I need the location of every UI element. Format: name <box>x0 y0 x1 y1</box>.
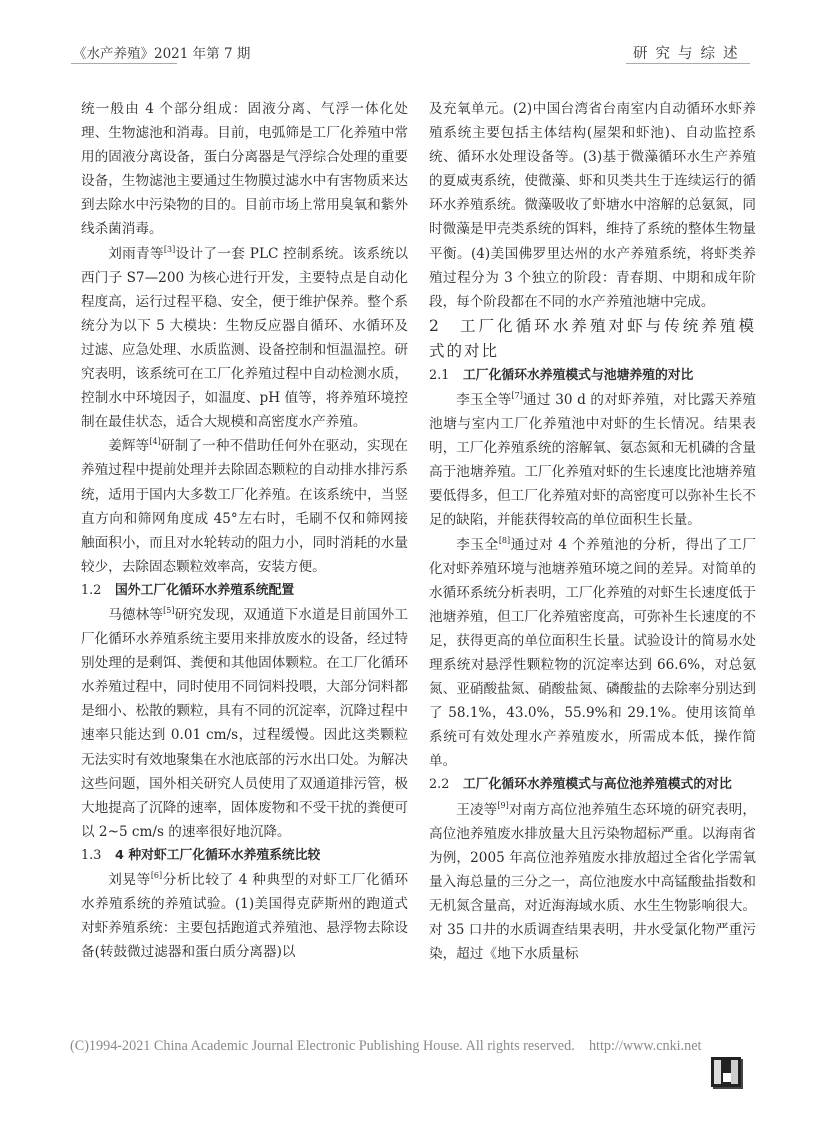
section-number: 1.2 <box>81 579 115 603</box>
author: 李玉全 <box>456 537 499 553</box>
paragraph: 姜辉等[4]研制了一种不借助任何外在驱动，实现在养殖过程中提前处理并去除固态颗粒… <box>81 434 408 579</box>
paragraph: 李玉全等[7]通过 30 d 的对虾养殖，对比露天养殖池塘与室内工厂化养殖池中对… <box>429 388 756 533</box>
header-rule-left <box>71 63 177 64</box>
paragraph-text: 研制了一种不借助任何外在驱动，实现在养殖过程中提前处理并去除固态颗粒的自动排水排… <box>81 438 408 574</box>
author: 姜辉等 <box>108 438 149 454</box>
paragraph: 王凌等[9]对南方高位池养殖生态环境的研究表明，高位池养殖废水排放量大且污染物超… <box>429 798 756 967</box>
paragraph: 刘晃等[6]分析比较了 4 种典型的对虾工厂化循环水养殖系统的养殖试验。(1)美… <box>81 868 408 964</box>
section-number: 2.2 <box>429 773 463 797</box>
section-number: 2 <box>429 314 459 339</box>
journal-header: 《水产养殖》2021 年第 7 期 <box>70 42 177 68</box>
section-title: 工厂化循环水养殖对虾与传统养殖模式的对比 <box>429 317 756 360</box>
paragraph: 马德林等[5]研究发现，双通道下水道是目前国外工厂化循环水养殖系统主要用来排放废… <box>81 603 408 844</box>
section-number: 2.1 <box>429 364 463 388</box>
right-column: 及充氧单元。(2)中国台湾省台南室内自动循环水虾养殖系统主要包括主体结构(屋架和… <box>429 97 756 966</box>
citation-ref[interactable]: [3] <box>164 245 175 254</box>
cnki-link[interactable]: http://www.cnki.net <box>589 1038 702 1054</box>
author: 刘晃等 <box>108 872 151 888</box>
section-heading-2: 2工厂化循环水养殖对虾与传统养殖模式的对比 <box>429 314 756 364</box>
section-header: 研究与综述 <box>633 42 746 63</box>
section-heading-1-2: 1.2国外工厂化循环水养殖系统配置 <box>81 579 408 603</box>
paragraph: 刘雨青等[3]设计了一套 PLC 控制系统。该系统以西门子 S7—200 为核心… <box>81 242 408 435</box>
cnki-logo-icon <box>711 1057 741 1087</box>
paragraph-text: 通过对 4 个养殖池的分析，得出了工厂化对虾养殖环境与池塘养殖环境之间的差异。对… <box>429 537 756 770</box>
citation-ref[interactable]: [8] <box>499 536 510 545</box>
section-heading-1-3: 1.34 种对虾工厂化循环水养殖系统比较 <box>81 844 408 868</box>
section-title: 工厂化循环水养殖模式与池塘养殖的对比 <box>463 368 693 383</box>
citation-ref[interactable]: [6] <box>151 871 162 880</box>
paragraph-text: 对南方高位池养殖生态环境的研究表明，高位池养殖废水排放量大且污染物超标严重。以海… <box>429 802 756 963</box>
section-title: 工厂化循环水养殖模式与高位池养殖模式的对比 <box>463 777 732 792</box>
author: 王凌等 <box>456 802 497 818</box>
copyright-footer: (C)1994-2021 China Academic Journal Elec… <box>70 1038 702 1055</box>
author: 马德林等 <box>108 607 163 623</box>
paragraph-text: 通过 30 d 的对虾养殖，对比露天养殖池塘与室内工厂化养殖池中对虾的生长情况。… <box>429 392 756 528</box>
paragraph-text: 设计了一套 PLC 控制系统。该系统以西门子 S7—200 为核心进行开发，主要… <box>81 246 408 431</box>
citation-ref[interactable]: [4] <box>149 437 160 446</box>
paragraph: 统一般由 4 个部分组成：固液分离、气浮一体化处理、生物滤池和消毒。目前，电弧筛… <box>81 97 408 242</box>
paragraph: 李玉全[8]通过对 4 个养殖池的分析，得出了工厂化对虾养殖环境与池塘养殖环境之… <box>429 533 756 774</box>
section-title: 4 种对虾工厂化循环水养殖系统比较 <box>115 848 320 863</box>
paragraph-text: 研究发现，双通道下水道是目前国外工厂化循环水养殖系统主要用来排放废水的设备，经过… <box>81 607 408 840</box>
section-heading-2-2: 2.2工厂化循环水养殖模式与高位池养殖模式的对比 <box>429 773 756 797</box>
author: 刘雨青等 <box>108 246 164 262</box>
section-title: 国外工厂化循环水养殖系统配置 <box>115 583 294 598</box>
citation-ref[interactable]: [5] <box>163 606 174 615</box>
section-number: 1.3 <box>81 844 115 868</box>
citation-ref[interactable]: [9] <box>497 801 508 810</box>
copyright-text: (C)1994-2021 China Academic Journal Elec… <box>70 1038 575 1054</box>
author: 李玉全等 <box>456 392 511 408</box>
header-rule-right <box>626 63 750 64</box>
paragraph: 及充氧单元。(2)中国台湾省台南室内自动循环水虾养殖系统主要包括主体结构(屋架和… <box>429 97 756 314</box>
citation-ref[interactable]: [7] <box>511 391 522 400</box>
section-heading-2-1: 2.1工厂化循环水养殖模式与池塘养殖的对比 <box>429 364 756 388</box>
left-column: 统一般由 4 个部分组成：固液分离、气浮一体化处理、生物滤池和消毒。目前，电弧筛… <box>81 97 408 964</box>
